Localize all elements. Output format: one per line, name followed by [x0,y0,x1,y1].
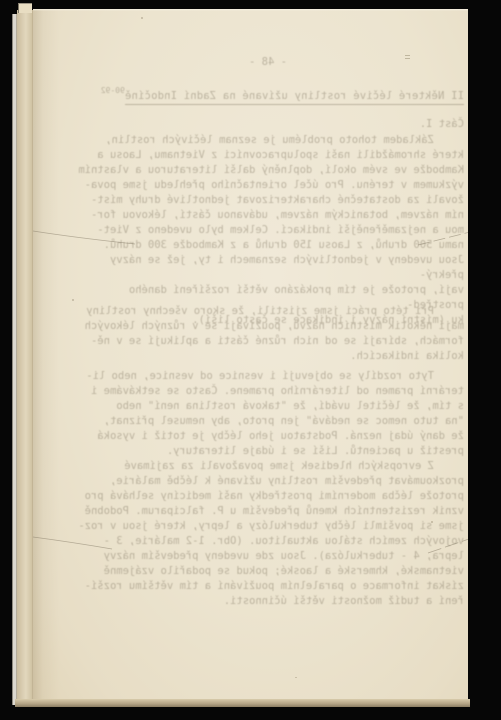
crease-line [428,539,468,553]
page-stack-edge-inner [17,10,33,704]
crease-line [33,537,112,549]
crease-line [33,231,135,244]
crease-overlay [33,9,468,699]
page-stack-top-corner [18,3,32,13]
page-stack-bottom-edge [15,699,470,707]
photo-background: - 48 - II Některé léčivé rostliny užívan… [0,0,501,720]
crease-line [418,232,468,245]
